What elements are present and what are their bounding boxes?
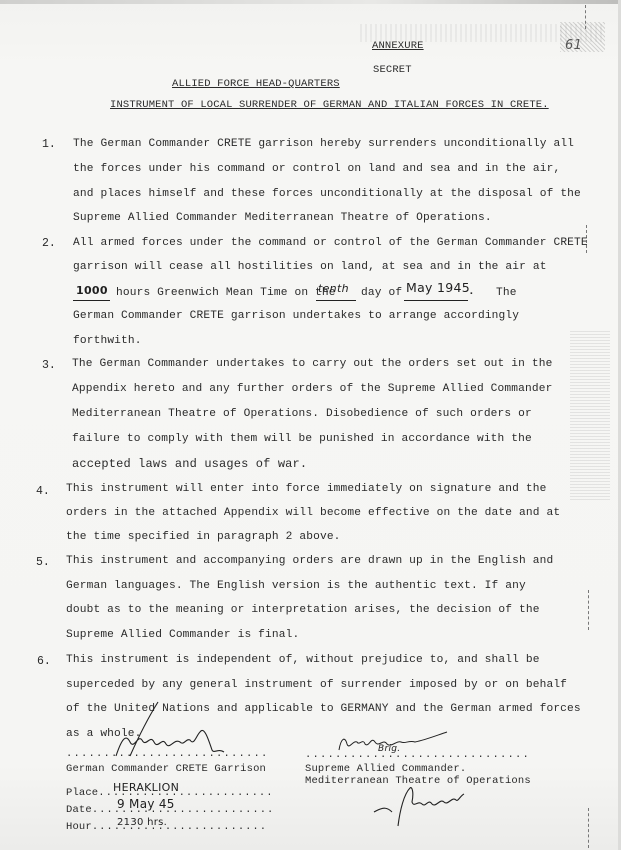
date-value: 9 May 45: [117, 797, 175, 811]
paragraph-number: 5.: [36, 556, 50, 569]
paragraph-number: 2.: [42, 237, 56, 250]
hour-blank-line: [73, 300, 110, 301]
date-label-text: Date: [66, 804, 92, 816]
paragraph-1-line: The German Commander CRETE garrison here…: [73, 138, 574, 150]
hour-label-text: Hour: [66, 821, 92, 833]
paragraph-3-line: failure to comply with them will be puni…: [72, 433, 532, 445]
allied-signatory-title: Supreme Allied Commander.: [305, 763, 466, 775]
german-signature-line: ...........................: [66, 748, 269, 760]
paragraph-1-line: Supreme Allied Commander Mediterranean T…: [73, 212, 492, 224]
paragraph-2-fill-text: day of: [361, 287, 402, 299]
place-label-text: Place: [66, 787, 98, 799]
paragraph-number: 1.: [42, 138, 56, 151]
paragraph-3-line: Mediterranean Theatre of Operations. Dis…: [72, 408, 532, 420]
period: .: [468, 286, 475, 298]
paragraph-5-line: German languages. The English version is…: [66, 580, 526, 592]
paragraph-3-line: Appendix hereto and any further orders o…: [72, 383, 552, 395]
paragraph-3-line: The German Commander undertakes to carry…: [72, 358, 552, 370]
classification-label: SECRET: [373, 64, 412, 76]
paragraph-4-line: This instrument will enter into force im…: [66, 483, 546, 495]
paragraph-4-line: the time specified in paragraph 2 above.: [66, 531, 341, 543]
org-heading: ALLIED FORCE HEAD-QUARTERS: [172, 78, 340, 90]
paragraph-6-line: superceded by any general instrument of …: [66, 679, 567, 691]
margin-mark: [585, 5, 586, 29]
document-title: INSTRUMENT OF LOCAL SURRENDER OF GERMAN …: [110, 99, 549, 111]
hour-fill-value: 1000: [76, 284, 108, 297]
page-mark: 61: [565, 38, 582, 53]
paragraph-1-line: and places himself and these forces unco…: [73, 188, 581, 200]
paragraph-2-line: All armed forces under the command or co…: [73, 237, 588, 249]
paragraph-1-line: the forces under his command or control …: [73, 163, 560, 175]
paragraph-number: 6.: [37, 655, 51, 668]
paragraph-number: 3.: [42, 359, 56, 372]
paragraph-5-line: This instrument and accompanying orders …: [66, 555, 553, 567]
annexure-label: ANNEXURE: [372, 40, 424, 52]
paragraph-2-fill-text: The: [496, 287, 517, 299]
paragraph-6-line: This instrument is independent of, witho…: [66, 654, 540, 666]
german-signatory-title: German Commander CRETE Garrison: [66, 763, 266, 775]
scan-noise-right: [570, 330, 610, 500]
paragraph-5-line: Supreme Allied Commander is final.: [66, 629, 299, 641]
paragraph-2-fill-text: hours Greenwich Mean Time on the: [116, 287, 336, 299]
second-allied-signature: [370, 782, 470, 828]
paragraph-number: 4.: [36, 485, 50, 498]
day-fill-value: tenth: [318, 282, 349, 295]
allied-initials: Brig.: [378, 744, 400, 754]
hour-value: 2130 hrs.: [117, 817, 167, 828]
place-value: HERAKLION: [113, 781, 179, 794]
document-page: ANNEXURE 61 SECRET ALLIED FORCE HEAD-QUA…: [0, 0, 621, 850]
margin-mark: [588, 590, 589, 630]
month-blank-line: [404, 300, 468, 301]
paragraph-2-line: German Commander CRETE garrison undertak…: [73, 310, 519, 322]
scan-edge-top: [0, 0, 621, 4]
allied-signature-line: ..............................: [305, 749, 530, 761]
paragraph-2-line: garrison will cease all hostilities on l…: [73, 261, 547, 273]
paragraph-2-line: forthwith.: [73, 335, 142, 347]
margin-mark: [588, 808, 589, 848]
paragraph-3-line: accepted laws and usages of war.: [72, 457, 307, 471]
month-fill-value: May 1945: [406, 280, 470, 295]
paragraph-5-line: doubt as to the meaning or interpretatio…: [66, 604, 540, 616]
paragraph-4-line: orders in the attached Appendix will bec…: [66, 507, 560, 519]
day-blank-line: [316, 300, 356, 301]
